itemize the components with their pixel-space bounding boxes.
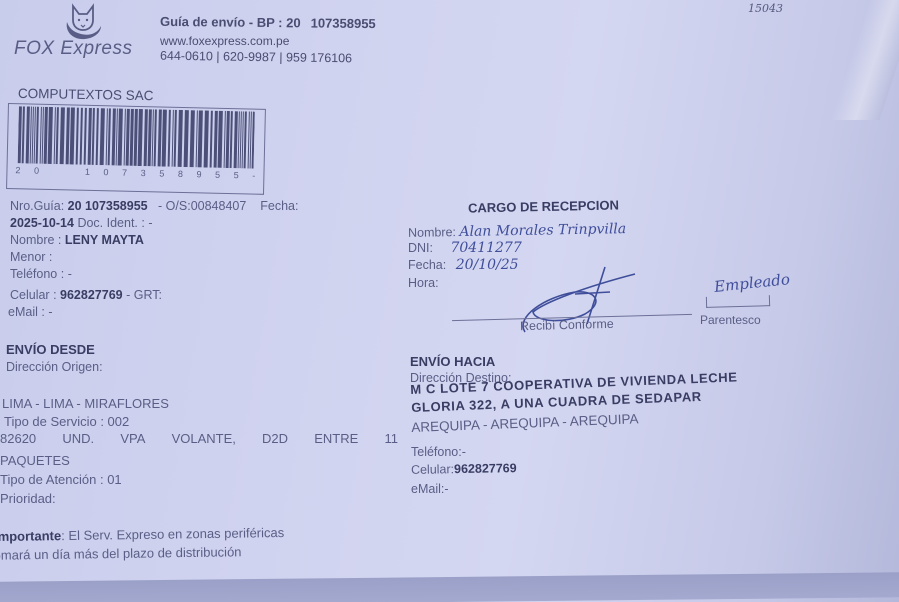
tipo-servicio: Tipo de Servicio : 002 bbox=[4, 414, 129, 429]
descripcion-word: UND. bbox=[62, 431, 94, 446]
barcode-digit: 5 bbox=[234, 170, 239, 180]
sender-company: COMPUTEXTOS SAC bbox=[18, 86, 154, 103]
receiver-dni-line: DNI: 70411277 bbox=[408, 240, 522, 256]
os-value: 00848407 bbox=[191, 199, 247, 213]
destino-email-line: eMail:- bbox=[411, 482, 449, 496]
destino-ubicacion: AREQUIPA - AREQUIPA - AREQUIPA bbox=[411, 411, 639, 435]
website-link: www.foxexpress.com.pe bbox=[160, 34, 289, 48]
destino-email-label: eMail: bbox=[411, 482, 444, 496]
date-doc-line: 2025-10-14 Doc. Ident. : - bbox=[10, 216, 153, 230]
fox-express-logo: FOX Express bbox=[14, 2, 154, 72]
destino-telefono-line: Teléfono:- bbox=[411, 445, 466, 459]
doc-ident-value: - bbox=[148, 216, 152, 230]
fox-head-icon bbox=[59, 2, 107, 42]
guide-number: 107358955 bbox=[311, 15, 376, 31]
descripcion-word: D2D bbox=[262, 431, 288, 446]
descripcion-word: VPA bbox=[120, 431, 145, 446]
paper-bottom-edge bbox=[0, 572, 899, 602]
barcode-digit bbox=[53, 166, 56, 176]
barcode: 20 107358955- bbox=[6, 103, 266, 195]
guide-number-line: Nro.Guía: 20 107358955 - O/S:00848407 Fe… bbox=[10, 199, 298, 213]
nro-guia-label: Nro.Guía: bbox=[10, 199, 64, 213]
descripcion-word: 11 bbox=[385, 431, 399, 446]
celular-value: 962827769 bbox=[60, 288, 123, 302]
barcode-digit: 5 bbox=[215, 170, 220, 180]
barcode-digit: 0 bbox=[103, 167, 108, 177]
telefono-line: Teléfono : - bbox=[10, 267, 72, 281]
direccion-origen-label: Dirección Origen: bbox=[6, 360, 103, 374]
celular-line: Celular : 962827769 - GRT: bbox=[10, 288, 162, 302]
destino-celular-value: 962827769 bbox=[454, 461, 517, 476]
parentesco-handwritten: Empleado bbox=[713, 270, 790, 296]
grt-label: - GRT: bbox=[126, 288, 162, 302]
menor-line: Menor : bbox=[10, 250, 52, 264]
prioridad: Prioridad: bbox=[0, 491, 56, 506]
envio-desde-title: ENVÍO DESDE bbox=[6, 342, 95, 357]
envio-hacia-title: ENVÍO HACIA bbox=[410, 354, 495, 369]
receiver-hora-label: Hora: bbox=[408, 276, 439, 290]
parentesco-bracket bbox=[706, 295, 770, 308]
nombre-value: LENY MAYTA bbox=[65, 233, 144, 247]
handwritten-corner-note: 15043 bbox=[748, 2, 783, 15]
destino-telefono-label: Teléfono: bbox=[411, 445, 462, 459]
important-note-line2: tomará un día más del plazo de distribuc… bbox=[0, 544, 242, 563]
barcode-digit: 1 bbox=[85, 167, 90, 177]
brand-name: FOX Express bbox=[14, 38, 132, 60]
important-note-line1: Importante: El Serv. Expreso en zonas pe… bbox=[0, 525, 284, 544]
doc-ident-label: Doc. Ident. : bbox=[77, 216, 144, 230]
descripcion-word: ENTRE bbox=[314, 431, 358, 446]
parentesco-label: Parentesco bbox=[700, 313, 761, 327]
important-note-bold: Importante bbox=[0, 528, 61, 544]
guide-title: Guía de envío - BP : 20 bbox=[160, 14, 301, 30]
os-label: - O/S: bbox=[158, 199, 191, 213]
nombre-line: Nombre : LENY MAYTA bbox=[10, 233, 144, 247]
recibi-conforme-label: Recibí Conforme bbox=[520, 317, 614, 333]
barcode-digit: 9 bbox=[196, 169, 201, 179]
barcode-digit: 2 bbox=[15, 165, 20, 175]
cargo-recepcion-title: CARGO DE RECEPCION bbox=[468, 197, 619, 215]
telefono-value: - bbox=[68, 267, 72, 281]
guide-header-title: Guía de envío - BP : 20107358955 bbox=[160, 14, 376, 31]
email-label: eMail : bbox=[8, 305, 45, 319]
receiver-dni-label: DNI: bbox=[408, 241, 433, 255]
barcode-bars bbox=[18, 106, 255, 168]
fecha-value: 2025-10-14 bbox=[10, 216, 74, 230]
descripcion-word: VOLANTE, bbox=[172, 431, 236, 446]
barcode-digit: 5 bbox=[159, 168, 164, 178]
nombre-label: Nombre : bbox=[10, 233, 61, 247]
origen-ubicacion: LIMA - LIMA - MIRAFLORES bbox=[2, 396, 169, 411]
destino-celular-label: Celular: bbox=[411, 462, 454, 477]
barcode-digit: 3 bbox=[141, 168, 146, 178]
email-value: - bbox=[48, 305, 52, 319]
barcode-digit bbox=[69, 166, 72, 176]
descripcion-line2: PAQUETES bbox=[0, 453, 70, 468]
email-line: eMail : - bbox=[8, 305, 52, 319]
celular-label: Celular : bbox=[10, 288, 57, 302]
barcode-digit: 0 bbox=[34, 166, 39, 176]
contact-phones: 644-0610 | 620-9987 | 959 176106 bbox=[160, 49, 352, 66]
receiver-name-label: Nombre: bbox=[408, 225, 456, 240]
descripcion-word: 82620 bbox=[0, 431, 36, 446]
receiver-dni-handwritten: 70411277 bbox=[450, 240, 521, 256]
destino-telefono-value: - bbox=[462, 445, 466, 459]
descripcion-line1: 82620UND.VPAVOLANTE,D2DENTRE11 bbox=[0, 431, 398, 446]
receiver-name-handwritten: Alan Morales Trinpvilla bbox=[459, 221, 626, 240]
fecha-label: Fecha: bbox=[260, 199, 298, 213]
paper-fold-shadow bbox=[831, 0, 899, 120]
destino-celular-line: Celular:962827769 bbox=[411, 461, 517, 477]
receiver-date-label: Fecha: bbox=[408, 258, 446, 272]
nro-guia-value: 20 107358955 bbox=[68, 199, 148, 213]
receiver-name-line: Nombre: Alan Morales Trinpvilla bbox=[408, 221, 626, 241]
telefono-label: Teléfono : bbox=[10, 267, 64, 281]
tipo-atencion: Tipo de Atención : 01 bbox=[0, 472, 122, 487]
receiver-date-line: Fecha: 20/10/25 bbox=[408, 257, 519, 273]
barcode-digit: - bbox=[252, 171, 255, 181]
destino-email-value: - bbox=[444, 482, 448, 496]
barcode-digit: 7 bbox=[122, 168, 127, 178]
barcode-digit: 8 bbox=[178, 169, 183, 179]
important-note-text1: : El Serv. Expreso en zonas periféricas bbox=[61, 525, 284, 543]
